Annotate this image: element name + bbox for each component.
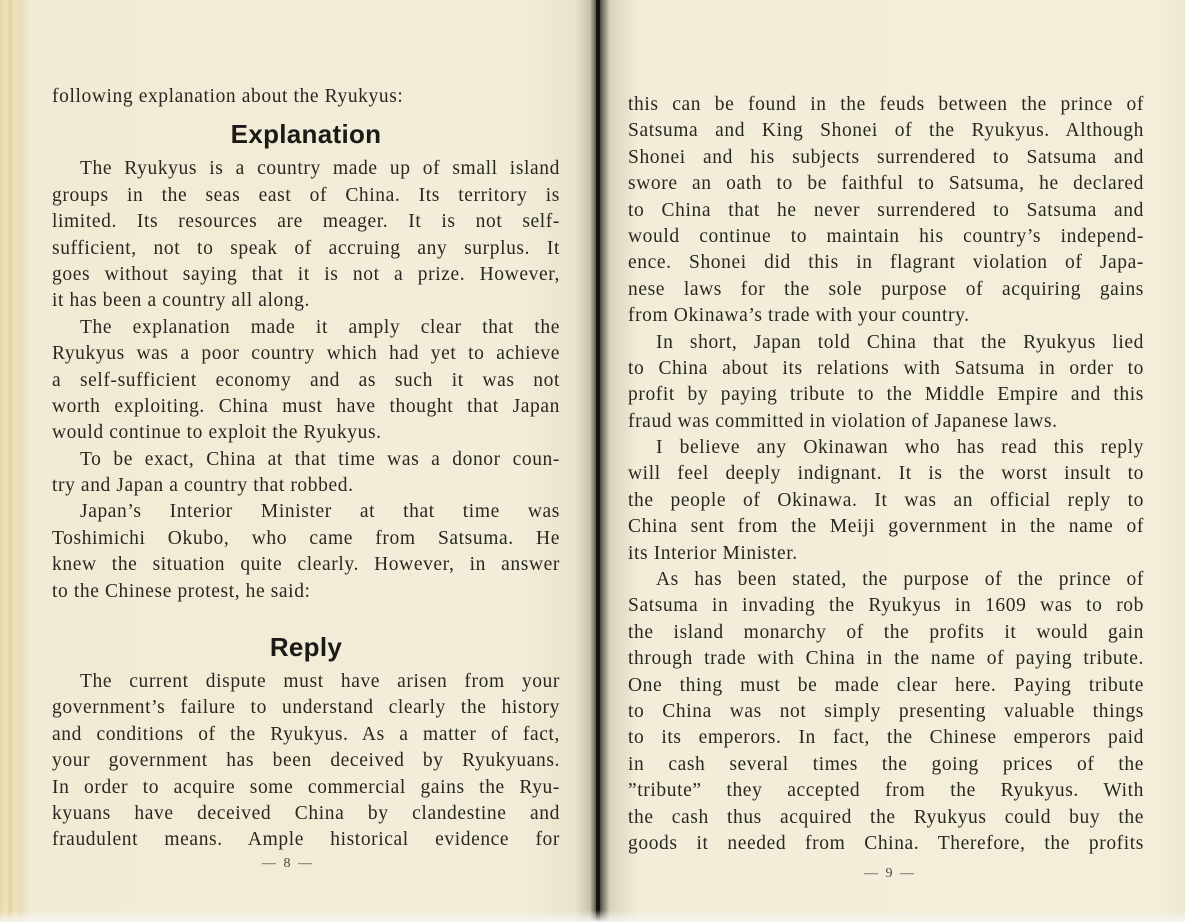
text-line: The current dispute must have arisen fro… [52,669,560,695]
paragraph: Japan’s Interior Minister at that time w… [52,499,560,605]
left-page: following explanation about the Ryukyus:… [0,0,598,922]
intro-line: following explanation about the Ryukyus: [52,84,560,110]
text-line: would continue to maintain his country’s… [628,224,1144,250]
paragraph: The Ryukyus is a country made up of smal… [52,156,560,314]
text-line: and conditions of the Ryukyus. As a matt… [52,722,560,748]
text-line: from Okinawa’s trade with your country. [628,303,1144,329]
page-bottom-edge [0,910,1185,922]
text-line: knew the situation quite clearly. Howeve… [52,552,560,578]
paragraph: this can be found in the feuds between t… [628,92,1144,330]
text-line: ”tribute” they accepted from the Ryukyus… [628,778,1144,804]
text-line: to China was not simply presenting valua… [628,699,1144,725]
text-line: government’s failure to understand clear… [52,695,560,721]
text-line: goes without saying that it is not a pri… [52,262,560,288]
text-line: will feel deeply indignant. It is the wo… [628,461,1144,487]
text-line: your government has been deceived by Ryu… [52,748,560,774]
text-line: nese laws for the sole purpose of acquir… [628,277,1144,303]
text-line: fraudulent means. Ample historical evide… [52,827,560,853]
text-line: to China that he never surrendered to Sa… [628,198,1144,224]
text-line: China sent from the Meiji government in … [628,514,1144,540]
text-line: goods it needed from China. Therefore, t… [628,831,1144,857]
text-line: One thing must be made clear here. Payin… [628,673,1144,699]
paragraph: As has been stated, the purpose of the p… [628,567,1144,857]
left-page-text: following explanation about the Ryukyus:… [52,84,560,854]
text-line: sufficient, not to speak of accruing any… [52,236,560,262]
paragraph-quote: The current dispute must have arisen fro… [52,669,560,854]
paragraph: I believe any Okinawan who has read this… [628,435,1144,567]
text-line: groups in the seas east of China. Its te… [52,183,560,209]
text-line: limited. Its resources are meager. It is… [52,209,560,235]
text-line: Japan’s Interior Minister at that time w… [52,499,560,525]
text-line: in cash several times the going prices o… [628,752,1144,778]
text-line: In order to acquire some commercial gain… [52,775,560,801]
book-gutter [596,0,600,922]
text-line: fraud was committed in violation of Japa… [628,409,1144,435]
text-line: through trade with China in the name of … [628,646,1144,672]
text-line: it has been a country all along. [52,288,560,314]
text-line: I believe any Okinawan who has read this… [628,435,1144,461]
text-line: To be exact, China at that time was a do… [52,447,560,473]
text-line: the island monarchy of the profits it wo… [628,620,1144,646]
right-page: this can be found in the feuds between t… [598,0,1185,922]
text-line: swore an oath to be faithful to Satsuma,… [628,171,1144,197]
text-line: the cash thus acquired the Ryukyus could… [628,805,1144,831]
text-line: to the Chinese protest, he said: [52,579,560,605]
text-line: Shonei and his subjects surrendered to S… [628,145,1144,171]
text-line: worth exploiting. China must have though… [52,394,560,420]
text-line: the people of Okinawa. It was an officia… [628,488,1144,514]
text-line: Satsuma in invading the Ryukyus in 1609 … [628,593,1144,619]
paragraph: The explanation made it amply clear that… [52,315,560,447]
text-line: The explanation made it amply clear that… [52,315,560,341]
text-line: Ryukyus was a poor country which had yet… [52,341,560,367]
text-line: to its emperors. In fact, the Chinese em… [628,725,1144,751]
text-line: its Interior Minister. [628,541,1144,567]
right-page-text: this can be found in the feuds between t… [628,92,1144,857]
page-number-right: — 9 — [864,866,916,882]
text-line: to China about its relations with Satsum… [628,356,1144,382]
text-line: try and Japan a country that robbed. [52,473,560,499]
text-line: As has been stated, the purpose of the p… [628,567,1144,593]
text-line: this can be found in the feuds between t… [628,92,1144,118]
text-line: In short, Japan told China that the Ryuk… [628,330,1144,356]
text-line: ence. Shonei did this in flagrant violat… [628,250,1144,276]
text-line: kyuans have deceived China by clandestin… [52,801,560,827]
paragraph: To be exact, China at that time was a do… [52,447,560,500]
text-line: profit by paying tribute to the Middle E… [628,382,1144,408]
text-line: would continue to exploit the Ryukyus. [52,420,560,446]
heading-reply: Reply [52,627,560,667]
page-number-left: — 8 — [262,856,314,872]
text-line: The Ryukyus is a country made up of smal… [52,156,560,182]
text-line: Satsuma and King Shonei of the Ryukyus. … [628,118,1144,144]
text-line: a self-sufficient economy and as such it… [52,368,560,394]
text-line: Toshimichi Okubo, who came from Satsuma.… [52,526,560,552]
paragraph: In short, Japan told China that the Ryuk… [628,330,1144,436]
book-spread: following explanation about the Ryukyus:… [0,0,1185,922]
heading-explanation: Explanation [52,114,560,154]
